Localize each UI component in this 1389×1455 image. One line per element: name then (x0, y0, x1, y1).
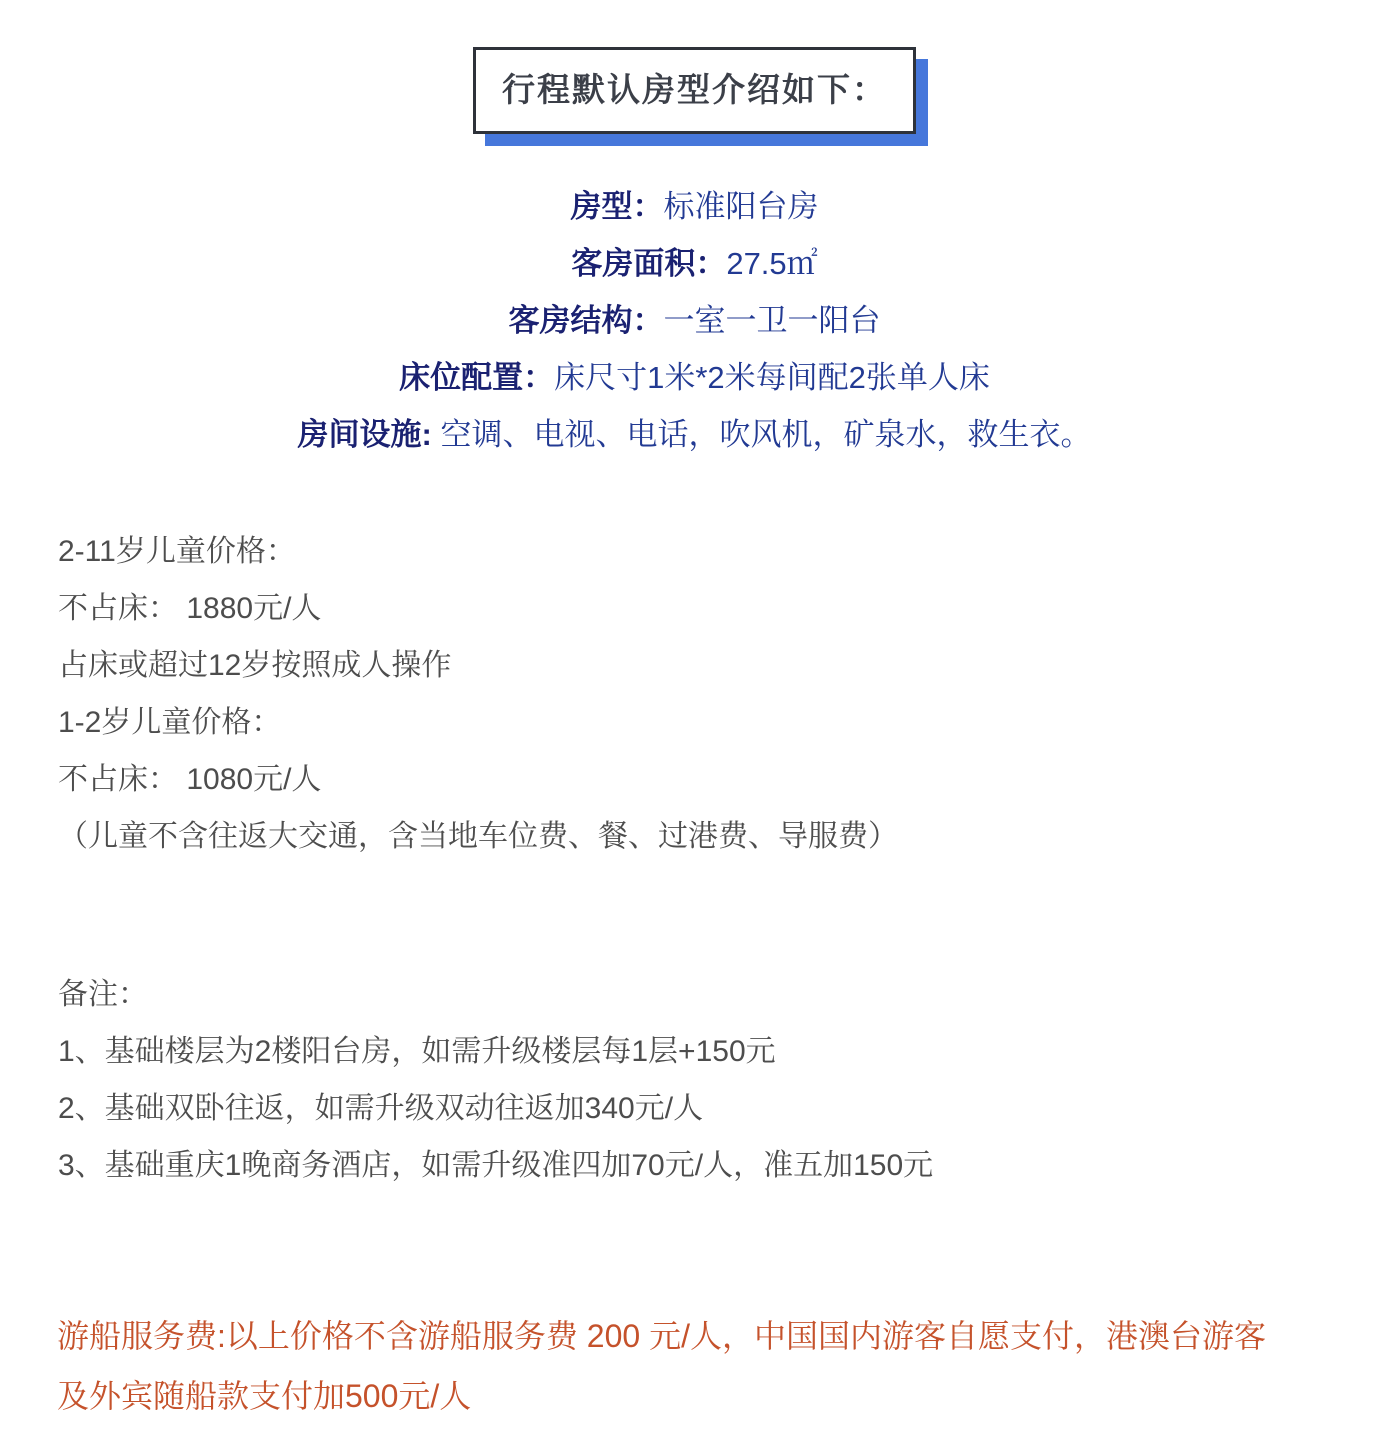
child-price-inclusions-note: （儿童不含往返大交通，含当地车位费、餐、过港费、导服费） (58, 808, 1389, 865)
room-area-value: 27.5㎡ (726, 246, 817, 281)
room-area-label: 客房面积： (571, 246, 726, 281)
room-info-line-facilities: 房间设施: 空调、电视、电话，吹风机，矿泉水，救生衣。 (0, 406, 1389, 463)
room-info-line-area: 客房面积：27.5㎡ (0, 235, 1389, 292)
room-structure-value: 一室一卫一阳台 (664, 303, 881, 338)
service-fee-line-1: 游船服务费:以上价格不含游船服务费 200 元/人，中国国内游客自愿支付，港澳台… (57, 1306, 1389, 1366)
room-info-section: 房型：标准阳台房 客房面积：27.5㎡ 客房结构：一室一卫一阳台 床位配置：床尺… (0, 178, 1389, 463)
room-type-intro-header: 行程默认房型介绍如下： (0, 0, 1389, 134)
note-item-train-upgrade: 2、基础双卧往返，如需升级双动往返加340元/人 (58, 1080, 1389, 1137)
room-structure-label: 客房结构： (509, 303, 664, 338)
room-facilities-label: 房间设施: (298, 417, 432, 452)
room-facilities-value: 空调、电视、电话，吹风机，矿泉水，救生衣。 (440, 417, 1091, 452)
room-type-value: 标准阳台房 (664, 189, 819, 224)
child-pricing-section: 2-11岁儿童价格： 不占床： 1880元/人 占床或超过12岁按照成人操作 1… (0, 523, 1389, 865)
child-price-2-11-heading: 2-11岁儿童价格： (58, 523, 1389, 580)
notes-section: 备注： 1、基础楼层为2楼阳台房，如需升级楼层每1层+150元 2、基础双卧往返… (0, 966, 1389, 1194)
child-price-over12-rule: 占床或超过12岁按照成人操作 (58, 637, 1389, 694)
room-info-line-beds: 床位配置：床尺寸1米*2米每间配2张单人床 (0, 349, 1389, 406)
notes-heading: 备注： (58, 966, 1389, 1023)
child-price-2-11-nobed: 不占床： 1880元/人 (58, 580, 1389, 637)
room-info-line-roomtype: 房型：标准阳台房 (0, 178, 1389, 235)
bed-config-value: 床尺寸1米*2米每间配2张单人床 (554, 360, 990, 395)
note-item-hotel-upgrade: 3、基础重庆1晚商务酒店，如需升级准四加70元/人，准五加150元 (58, 1137, 1389, 1194)
room-type-intro-title: 行程默认房型介绍如下： (473, 47, 916, 134)
bed-config-label: 床位配置： (399, 360, 554, 395)
service-fee-line-2: 及外宾随船款支付加500元/人 (57, 1366, 1389, 1426)
child-price-1-2-heading: 1-2岁儿童价格： (58, 694, 1389, 751)
note-item-floor-upgrade: 1、基础楼层为2楼阳台房，如需升级楼层每1层+150元 (58, 1023, 1389, 1080)
room-info-line-structure: 客房结构：一室一卫一阳台 (0, 292, 1389, 349)
child-price-1-2-nobed: 不占床： 1080元/人 (58, 751, 1389, 808)
service-fee-notice: 游船服务费:以上价格不含游船服务费 200 元/人，中国国内游客自愿支付，港澳台… (0, 1306, 1389, 1426)
room-type-label: 房型： (571, 189, 664, 224)
